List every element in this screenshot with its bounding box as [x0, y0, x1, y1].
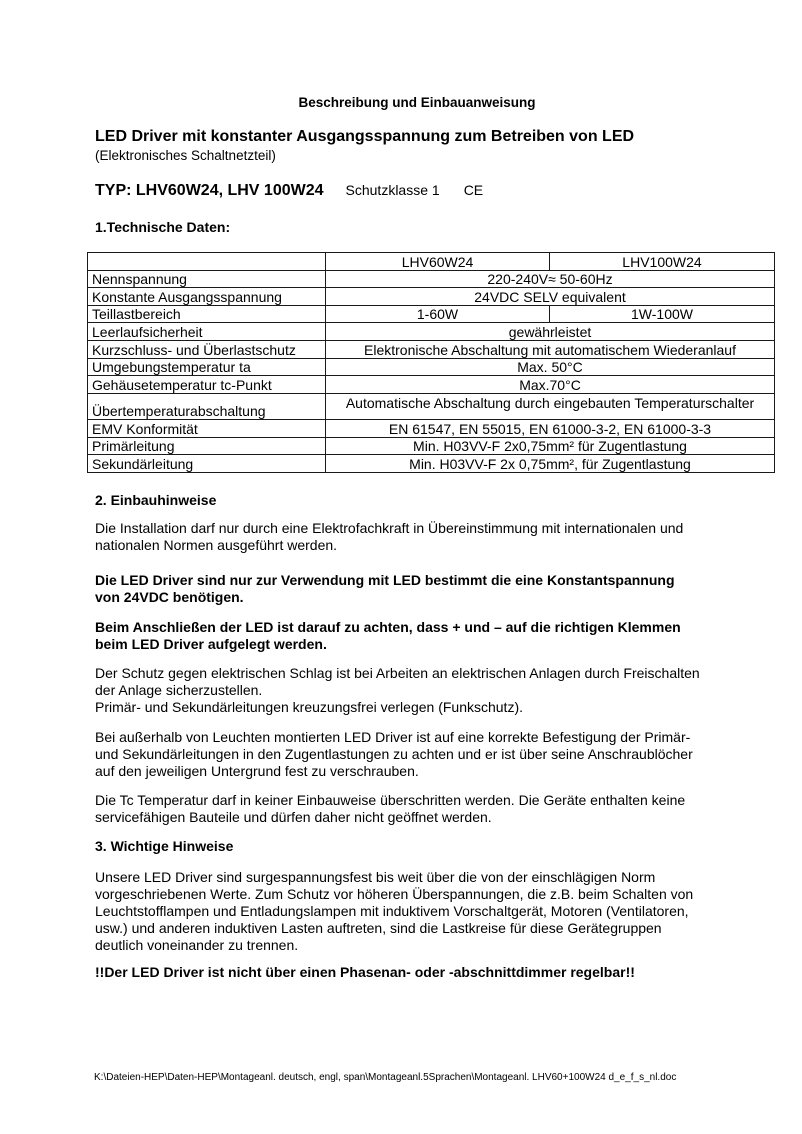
- table-header-row: LHV60W24LHV100W24: [88, 253, 775, 271]
- product-title: LED Driver mit konstanter Ausgangsspannu…: [95, 128, 634, 146]
- paragraph-line: vorgeschriebenen Werte. Zum Schutz vor h…: [95, 886, 693, 903]
- paragraph-line: und Sekundärleitungen in den Zugentlastu…: [95, 746, 693, 763]
- row-value: Max. 50°C: [326, 358, 775, 376]
- section-2-paragraph: Der Schutz gegen elektrischen Schlag ist…: [95, 665, 700, 716]
- row-label: Nennspannung: [88, 270, 326, 288]
- type-line: TYP: LHV60W24, LHV 100W24Schutzklasse 1C…: [95, 182, 483, 200]
- table-row: Gehäusetemperatur tc-PunktMax.70°C: [88, 376, 775, 394]
- row-label: Gehäusetemperatur tc-Punkt: [88, 376, 326, 394]
- table-row: Leerlaufsicherheitgewährleistet: [88, 323, 775, 341]
- row-value: gewährleistet: [326, 323, 775, 341]
- paragraph-line: Primär- und Sekundärleitungen kreuzungsf…: [95, 699, 700, 716]
- paragraph-line: usw.) und anderen induktiven Lasten auft…: [95, 920, 693, 937]
- paragraph-line: Die Installation darf nur durch eine Ele…: [95, 520, 683, 537]
- paragraph-line: Der Schutz gegen elektrischen Schlag ist…: [95, 665, 700, 682]
- row-label: Teillastbereich: [88, 305, 326, 323]
- section-2-paragraph: Beim Anschließen der LED ist darauf zu a…: [95, 619, 681, 653]
- row-label: EMV Konformität: [88, 420, 326, 438]
- row-label: Sekundärleitung: [88, 455, 326, 473]
- technical-data-table: LHV60W24LHV100W24Nennspannung220-240V≈ 5…: [87, 252, 775, 473]
- section-3-warning: !!Der LED Driver ist nicht über einen Ph…: [95, 964, 635, 981]
- table-row: PrimärleitungMin. H03VV-F 2x0,75mm² für …: [88, 437, 775, 455]
- table-header-cell: LHV60W24: [326, 253, 550, 271]
- section-2-heading: 2. Einbauhinweise: [95, 492, 216, 508]
- row-label: Primärleitung: [88, 437, 326, 455]
- paragraph-line: Die Tc Temperatur darf in keiner Einbauw…: [95, 792, 685, 809]
- section-2-paragraph: Die Tc Temperatur darf in keiner Einbauw…: [95, 792, 685, 826]
- table-row: Kurzschluss- und ÜberlastschutzElektroni…: [88, 340, 775, 358]
- section-1-heading: 1.Technische Daten:: [95, 219, 230, 235]
- table-row: Teillastbereich1-60W1W-100W: [88, 305, 775, 323]
- table-row: ÜbertemperaturabschaltungAutomatische Ab…: [88, 393, 775, 420]
- row-label: Leerlaufsicherheit: [88, 323, 326, 341]
- table-row: SekundärleitungMin. H03VV-F 2x 0,75mm², …: [88, 455, 775, 473]
- section-3-paragraph: Unsere LED Driver sind surgespannungsfes…: [95, 869, 693, 954]
- type-models: TYP: LHV60W24, LHV 100W24: [95, 182, 324, 199]
- row-value: Min. H03VV-F 2x 0,75mm², für Zugentlastu…: [326, 455, 775, 473]
- row-value: 1W-100W: [550, 305, 775, 323]
- document-title: Beschreibung und Einbauanweisung: [0, 95, 802, 110]
- paragraph-line: auf den jeweiligen Untergrund fest zu ve…: [95, 763, 693, 780]
- section-2-paragraph: Bei außerhalb von Leuchten montierten LE…: [95, 729, 693, 780]
- section-2-paragraph: Die Installation darf nur durch eine Ele…: [95, 520, 683, 554]
- row-value: 24VDC SELV equivalent: [326, 288, 775, 306]
- row-label: Übertemperaturabschaltung: [88, 393, 326, 420]
- table-header-blank: [88, 253, 326, 271]
- row-value: Max.70°C: [326, 376, 775, 394]
- paragraph-line: !!Der LED Driver ist nicht über einen Ph…: [95, 964, 635, 981]
- row-value: Min. H03VV-F 2x0,75mm² für Zugentlastung: [326, 437, 775, 455]
- row-label: Konstante Ausgangsspannung: [88, 288, 326, 306]
- product-subtitle: (Elektronisches Schaltnetzteil): [95, 148, 276, 163]
- paragraph-line: Die LED Driver sind nur zur Verwendung m…: [95, 572, 675, 589]
- paragraph-line: nationalen Normen ausgeführt werden.: [95, 537, 683, 554]
- row-value: Elektronische Abschaltung mit automatisc…: [326, 340, 775, 358]
- table-row: Nennspannung220-240V≈ 50-60Hz: [88, 270, 775, 288]
- section-3-heading: 3. Wichtige Hinweise: [95, 838, 233, 854]
- paragraph-line: Bei außerhalb von Leuchten montierten LE…: [95, 729, 693, 746]
- paragraph-line: von 24VDC benötigen.: [95, 589, 675, 606]
- paragraph-line: beim LED Driver aufgelegt werden.: [95, 636, 681, 653]
- paragraph-line: deutlich voneinander zu trennen.: [95, 937, 693, 954]
- footer-file-path: K:\Dateien-HEP\Daten-HEP\Montageanl. deu…: [94, 1072, 676, 1083]
- protection-class: Schutzklasse 1: [346, 182, 440, 198]
- table-row: EMV KonformitätEN 61547, EN 55015, EN 61…: [88, 420, 775, 438]
- row-label: Umgebungstemperatur ta: [88, 358, 326, 376]
- paragraph-line: Beim Anschließen der LED ist darauf zu a…: [95, 619, 681, 636]
- paragraph-line: Unsere LED Driver sind surgespannungsfes…: [95, 869, 693, 886]
- paragraph-line: der Anlage sicherzustellen.: [95, 682, 700, 699]
- row-value: 1-60W: [326, 305, 550, 323]
- paragraph-line: Leuchtstofflampen und Entladungslampen m…: [95, 903, 693, 920]
- paragraph-line: servicefähigen Bauteile und dürfen daher…: [95, 809, 685, 826]
- row-value: EN 61547, EN 55015, EN 61000-3-2, EN 610…: [326, 420, 775, 438]
- table-row: Konstante Ausgangsspannung24VDC SELV equ…: [88, 288, 775, 306]
- section-2-paragraph: Die LED Driver sind nur zur Verwendung m…: [95, 572, 675, 606]
- ce-mark: CE: [464, 182, 483, 198]
- row-label: Kurzschluss- und Überlastschutz: [88, 340, 326, 358]
- row-value: Automatische Abschaltung durch eingebaut…: [326, 393, 775, 420]
- table-header-cell: LHV100W24: [550, 253, 775, 271]
- row-value: 220-240V≈ 50-60Hz: [326, 270, 775, 288]
- table-row: Umgebungstemperatur taMax. 50°C: [88, 358, 775, 376]
